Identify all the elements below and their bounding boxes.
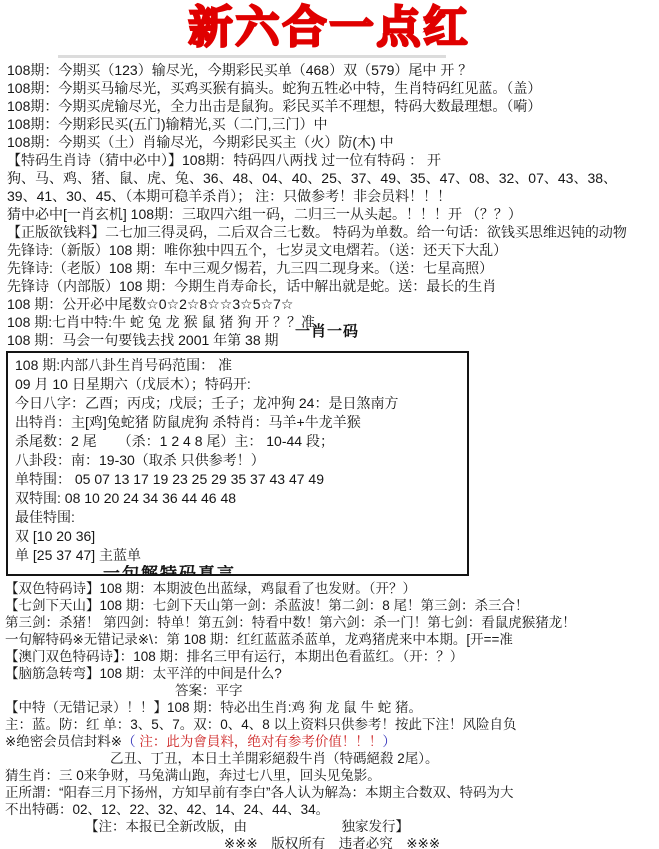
text-line: 正所謂：“阳春三月下扬州，方知早前有李白”各人认为解為：本期主合数双、特码为大 [5, 784, 659, 801]
text-line: 答案：平字 [5, 682, 659, 699]
text-line: 108期：今期买马输尽光，买鸡买猴有搞头。蛇狗五牲必中特，生肖特码红见蓝。（盖） [7, 79, 659, 97]
text-line: 双特围: 08 10 20 24 34 36 44 46 48 [15, 489, 467, 508]
text-line: 【注：本报已全新改版，由 独家发行】 [5, 818, 659, 835]
text-line: 先锋诗（内部版）108 期：今期生肖寿命长，话中解出就是蛇。送：最长的生肖 [7, 277, 659, 295]
text-line: 猜生肖：三 0来争财，马兔满山跑，奔过七八里，回头见兔影。 [5, 767, 659, 784]
text-line: 不出特碼：02、12、22、32、42、14、24、44、34。 [5, 801, 659, 818]
text-line: ※※※ 版权所有 违者必究 ※※※ [5, 835, 659, 849]
text-line: 108 期:内部八卦生肖号码范围： 准 [15, 356, 467, 375]
text-line: 39、41、30、45、（本期可稳羊杀肖）； 注：只做参考！非会员料！！！ [7, 187, 659, 205]
text-segment: ） [382, 734, 396, 749]
text-segment: 注：此为會員料，绝对有参考价值！！！ [139, 734, 382, 749]
text-line: 狗、马、鸡、猪、鼠、虎、兔、36、48、04、40、25、37、49、35、47… [7, 169, 659, 187]
text-line: 108期：今期买（土）肖输尽光，今期彩民买主（火）防(木) 中 [7, 133, 659, 151]
text-line: 【正版欲钱料】二七加三得灵码，二后双合三七数。 特码为单数。给一句话：欲钱买思维… [7, 223, 659, 241]
text-segment: ※绝密会员信封料※ [5, 734, 122, 749]
text-line: 108期：今期彩民买(五门)输精光,买（二门,三门）中 [7, 115, 659, 133]
text-line: 单 [25 37 47] 主蓝单 [15, 546, 467, 565]
inner-bagua-lines: 108 期:内部八卦生肖号码范围： 准09 月 10 日星期六（戊辰木）；特码开… [15, 356, 467, 565]
bottom-tips-section: 【双色特码诗】108 期：本期波色出蓝绿，鸡鼠看了也发财。（开？）【七剑下天山】… [5, 580, 659, 849]
text-line: ※绝密会员信封料※（ 注：此为會員料，绝对有参考价值！！！） [5, 733, 659, 750]
text-line: 双 [10 20 36] [15, 527, 467, 546]
text-line: 主：蓝。防：红 单：3、5、7。双：0、4、8 以上资料只供参考！按此下注！风险… [5, 716, 659, 733]
text-line: 【中特（无错记录）！！】108 期：特必出生肖:鸡 狗 龙 鼠 牛 蛇 猪。 [5, 699, 659, 716]
top-tips-section: 108期：今期买（123）输尽光，今期彩民买单（468）双（579）尾中 开 ？… [7, 61, 659, 349]
text-line: 108 期：公开必中尾数☆0☆2☆8☆☆3☆5☆7☆ [7, 295, 659, 313]
text-line: 一句解特码※无错记录※\：第 108 期：红红蓝蓝杀蓝单，龙鸡猪虎来中本期。[开… [5, 631, 659, 648]
text-line: 猜中必中[一肖玄机] 108期：三取四六组一码，二归三一从头起。！！！开 （？？… [7, 205, 659, 223]
text-line: 108期：今期买虎输尽光，全力出击是鼠狗。彩民买羊不理想，特码大数最理想。（嗬） [7, 97, 659, 115]
text-line: 09 月 10 日星期六（戊辰木）；特码开: [15, 375, 467, 394]
text-line: 【澳门双色特码诗】：108 期：排名三甲有运行，本期出色看蓝红。（开：？） [5, 648, 659, 665]
text-line: 【特码生肖诗（猜中必中）】108期：特码四八两找 过一位有特码 ： 开 [7, 151, 659, 169]
text-line: 第三剑：杀猪！ 第四剑：特单！第五剑：特看中数！第六剑：杀一门！第七剑：看鼠虎猴… [5, 614, 659, 631]
inner-bagua-box: 108 期:内部八卦生肖号码范围： 准09 月 10 日星期六（戊辰木）；特码开… [6, 351, 469, 576]
text-line: 出特肖：主[鸡]兔蛇猪 防鼠虎狗 杀特肖：马羊+牛龙羊猴 [15, 413, 467, 432]
text-line: 先锋诗:（新版）108 期：唯你独中四五个，七岁灵文电熠若。（送：还天下大乱） [7, 241, 659, 259]
tip-sheet: 新六合一点红 108期：今期买（123）输尽光，今期彩民买单（468）双（579… [0, 2, 659, 849]
text-line: 八卦段：南：19-30（取杀 只供参考！） [15, 451, 467, 470]
text-line: 【双色特码诗】108 期：本期波色出蓝绿，鸡鼠看了也发财。（开？） [5, 580, 659, 597]
text-line: 乙丑、丁丑，本日土羊開彩絕殺牛肖（特碼絕殺 2尾）。 [5, 750, 659, 767]
scan-smear-divider [58, 55, 446, 58]
clipped-bold-line: 一句解特码真言 [103, 565, 467, 574]
yixiao-yima-overlay: 一肖一码 [295, 320, 359, 341]
text-line: 单特围： 05 07 13 17 19 23 25 29 35 37 43 47… [15, 470, 467, 489]
text-line: 【脑筋急转弯】108 期：太平洋的中间是什么? [5, 665, 659, 682]
text-line: 先锋诗:（老版）108 期：车中三观夕惕若，九三四二现身来。（送：七星高照） [7, 259, 659, 277]
text-segment: （ [122, 734, 139, 749]
text-line: 今日八字：乙酉；丙戌；戊辰；壬子；龙冲狗 24：是日煞南方 [15, 394, 467, 413]
page-title: 新六合一点红 [0, 2, 659, 54]
text-line: 108期：今期买（123）输尽光，今期彩民买单（468）双（579）尾中 开 ？ [7, 61, 659, 79]
text-line: 最佳特围: [15, 508, 467, 527]
text-line: 【七剑下天山】108 期：七剑下天山第一剑：杀蓝波！第二剑：8 尾！第三剑：杀三… [5, 597, 659, 614]
text-line: 杀尾数：2 尾 （杀：1 2 4 8 尾）主： 10-44 段； [15, 432, 467, 451]
